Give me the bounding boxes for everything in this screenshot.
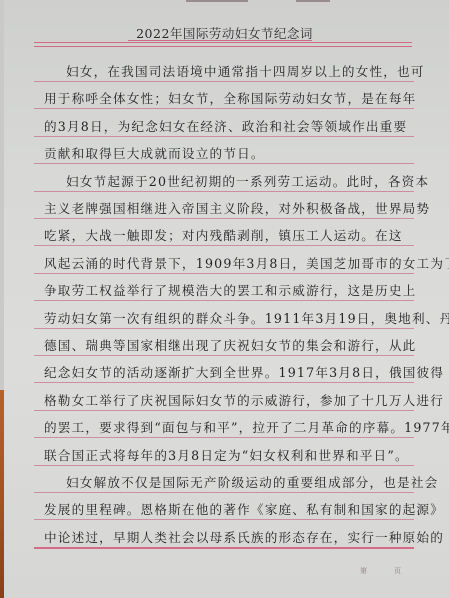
header-double-rule [34, 46, 412, 47]
text-line: 联合国正式将每年的3月8日定为“妇女权利和世界和平日”。 [44, 448, 416, 464]
text-line: 的罢工，要求得到“面包与和平”，拉开了二月革命的序幕。1977年， [44, 420, 416, 436]
top-edge-mark [296, 0, 330, 2]
ruled-line [34, 218, 414, 219]
page-number-label: 页 [394, 566, 401, 576]
ruled-line [34, 355, 414, 356]
text-line: 格勒女工举行了庆祝国际妇女节的示威游行，参加了十几万人进行 [44, 393, 416, 409]
ruled-line [34, 273, 414, 274]
ruled-line [34, 519, 414, 520]
ruled-line [34, 465, 414, 466]
ruled-line [34, 382, 414, 383]
text-line: 中论述过，早期人类社会以母系氏族的形态存在，实行一种原始的 [44, 530, 416, 546]
text-line: 妇女节起源于20世纪初期的一系列劳工运动。此时，各资本 [66, 174, 416, 190]
ruled-line [34, 81, 414, 82]
text-line: 发展的里程碑。恩格斯在他的著作《家庭、私有制和国家的起源》 [44, 502, 416, 518]
text-line: 的3月8日，为纪念妇女在经济、政治和社会等领域作出重要 [44, 119, 416, 135]
ruled-line [34, 300, 414, 301]
ruled-line [34, 245, 414, 246]
text-line: 主义老牌强国相继进入帝国主义阶段，对外积极备战，世界局势 [44, 201, 416, 217]
ruled-line [34, 492, 414, 493]
text-line: 妇女，在我国司法语境中通常指十四周岁以上的女性，也可 [66, 64, 416, 80]
text-line: 劳动妇女第一次有组织的群众斗争。1911年3月19日，奥地利、丹麦、 [44, 311, 416, 327]
title-underline [128, 40, 312, 41]
ruled-line [34, 163, 414, 164]
ruled-line [34, 191, 414, 192]
ruled-line [34, 136, 414, 137]
text-line: 风起云涌的时代背景下，1909年3月8日，美国芝加哥市的女工为了 [44, 256, 416, 272]
ruled-line [34, 547, 414, 549]
text-line: 贡献和取得巨大成就而设立的节日。 [44, 146, 416, 162]
ruled-line [34, 108, 414, 109]
text-line: 德国、瑞典等国家相继出现了庆祝妇女节的集会和游行，从此 [44, 338, 416, 354]
page-number-label: 第 [360, 566, 367, 576]
text-line: 吃紧，大战一触即发；对内残酷剥削，镇压工人运动。在这 [44, 228, 416, 244]
text-line: 纪念妇女节的活动逐渐扩大到全世界。1917年3月8日，俄国彼得 [44, 365, 416, 381]
text-line: 用于称呼全体女性；妇女节，全称国际劳动妇女节，是在每年 [44, 91, 416, 107]
ruled-line [34, 328, 414, 329]
ruled-line [34, 437, 414, 438]
ruled-line [34, 410, 414, 411]
text-line: 妇女解放不仅是国际无产阶级运动的重要组成部分，也是社会 [66, 475, 416, 491]
header-double-rule [34, 42, 412, 43]
top-edge-mark [186, 0, 248, 2]
text-line: 争取劳工权益举行了规模浩大的罢工和示威游行，这是历史上 [44, 283, 416, 299]
